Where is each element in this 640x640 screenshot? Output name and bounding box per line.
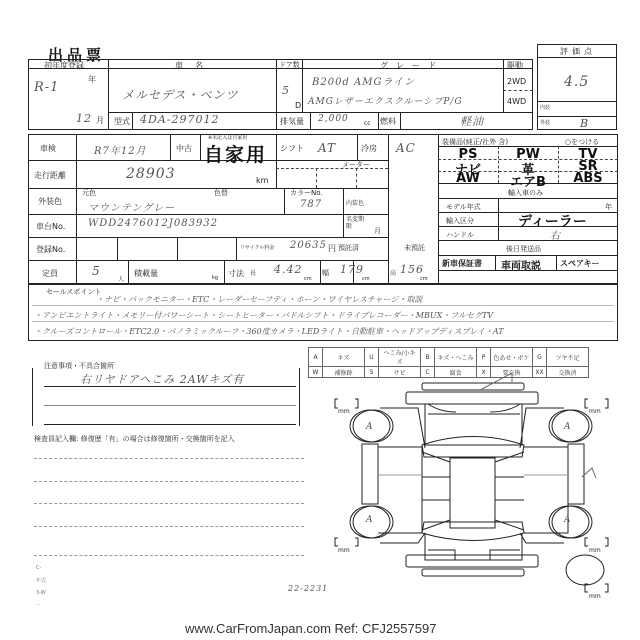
first-registration-era: R-1 xyxy=(34,80,59,95)
tire-unit-fr: mm xyxy=(589,408,601,415)
length-label: 長 xyxy=(250,268,256,277)
width-label: 幅 xyxy=(322,268,329,278)
recycle-unit: 円 xyxy=(328,243,336,254)
shift-value: AT xyxy=(318,141,336,155)
documents-label: 後日発送品 xyxy=(506,244,541,254)
bottom-code-2: 年式 xyxy=(36,577,46,584)
document-warranty: 新車保証書 xyxy=(442,258,482,269)
doors-value: 5 xyxy=(282,84,290,97)
grade-line2: AMGレザーエクスクルーシブP/G xyxy=(308,94,463,107)
interior-score-label: 内装 xyxy=(540,104,550,111)
sales-point-line-2: ・アンビエントライト・メモリー付パワーシート・シートヒーター・パドルシフト・ドラ… xyxy=(34,310,493,321)
capacity-unit: 人 xyxy=(118,274,124,283)
exterior-score-label: 外装 xyxy=(540,119,550,126)
length-value: 4.42 xyxy=(274,263,303,276)
name-change-label: 名変期限 xyxy=(346,216,366,230)
grade-line1: B200d AMGライン xyxy=(312,73,415,88)
displacement-label: 排気量 xyxy=(280,116,304,127)
color-value: マウンテングレー xyxy=(88,199,175,214)
car-name-label: 車名 xyxy=(175,60,215,71)
recycle-value: 20635 xyxy=(290,240,327,251)
bottom-code-1: C- xyxy=(36,565,41,571)
height-unit: cm xyxy=(420,276,428,282)
color-label: 外装色 xyxy=(38,196,62,207)
color-code-value: 787 xyxy=(300,199,322,210)
fuel-label: 燃料 xyxy=(380,116,396,127)
tire-unit-rl: mm xyxy=(338,547,350,554)
document-spare-key: スペアキー xyxy=(560,258,600,269)
first-registration-label: 初年度登録 xyxy=(44,60,84,71)
recycle-label: リサイクル料金 xyxy=(240,244,274,251)
drive-2wd: 2WD xyxy=(507,77,526,86)
inspection-label: 車検 xyxy=(40,143,56,154)
score-value: 4.5 xyxy=(564,74,589,90)
grade-label: グレード xyxy=(380,60,444,71)
model-label: 型式 xyxy=(114,116,130,127)
doors-label: ドア数 xyxy=(279,60,300,70)
capacity-value: 5 xyxy=(92,264,101,278)
mileage-unit: km xyxy=(256,176,268,185)
height-label: 高 xyxy=(390,268,396,277)
sales-point-line-3: ・クルーズコントロール・ETC2.0・パノラミックルーフ・360度カメラ・LED… xyxy=(34,326,504,337)
length-unit: cm xyxy=(304,276,312,282)
load-unit: kg xyxy=(212,275,218,281)
import-type-label: 輸入区分 xyxy=(446,216,474,226)
handle-value: 右 xyxy=(550,227,561,242)
registration-label: 登録No. xyxy=(36,244,65,255)
bottom-code-3: 3-W xyxy=(36,590,46,596)
tire-unit-fl: mm xyxy=(338,408,350,415)
notes-line-1: 右リヤドアへこみ 2AWキズ有 xyxy=(80,371,244,387)
drive-4wd: 4WD xyxy=(507,97,526,106)
sales-point-line-1: ・ナビ・バックモニター・ETC・レーダーセーフティ・ホーン・ワイヤレスチャージ・… xyxy=(96,294,423,305)
bottom-code-4: ... xyxy=(36,601,41,607)
name-change-month: 月 xyxy=(374,226,381,236)
usage-value: 自家用 xyxy=(204,140,267,167)
model-value: 4DA-297012 xyxy=(140,113,219,126)
import-label: 輸入車のみ xyxy=(508,188,543,198)
mileage-value: 28903 xyxy=(126,166,176,182)
ac-label: 冷房 xyxy=(361,143,377,154)
fuel-value: 軽油 xyxy=(460,113,484,129)
ac-value: AC xyxy=(396,141,416,155)
model-year-suffix: 年 xyxy=(605,202,612,212)
dimensions-label: 寸法 xyxy=(228,268,244,279)
month-label: 月 xyxy=(96,115,104,126)
car-name-value: メルセデス・ベンツ xyxy=(122,86,239,103)
equipment-label: 装備品(純正/社外 含) xyxy=(442,137,508,147)
first-registration-month: 12 xyxy=(76,112,92,125)
car-damage-diagram xyxy=(300,370,640,605)
document-manual: 車両取説 xyxy=(501,257,541,272)
capacity-label: 定員 xyxy=(42,268,58,279)
watermark-ref: www.CarFromJapan.com Ref: CFJ2557597 xyxy=(185,621,436,636)
load-label: 積載量 xyxy=(134,268,158,279)
model-year-label: モデル年式 xyxy=(446,202,481,212)
chassis-label: 車台No. xyxy=(36,221,65,232)
tire-unit-rr: mm xyxy=(589,547,601,554)
interior-color-label: 内装色 xyxy=(346,198,364,207)
height-value: 156 xyxy=(400,263,424,276)
recycle-paid: 預託済 xyxy=(338,243,359,253)
equipment-note: ○をつける xyxy=(565,137,599,147)
damage-mark-fr-tire: A xyxy=(564,422,572,432)
sales-points-label: セールスポイント xyxy=(46,287,101,297)
damage-mark-fl-tire: A xyxy=(366,422,374,432)
damage-mark-rr-tire: A xyxy=(564,515,572,525)
original-color-label: 元色 xyxy=(82,188,96,198)
damage-mark-rl-tire: A xyxy=(366,515,374,525)
inspector-label: 検査員記入欄: 修復歴「有」の場合は修復箇所・交換箇所を記入 xyxy=(34,434,235,444)
meter-label: メーター xyxy=(342,160,370,170)
exterior-score-value: B xyxy=(580,117,589,130)
year-label: 年 xyxy=(88,74,96,85)
width-value: 179 xyxy=(340,263,364,276)
recycle-unpaid: 未預託 xyxy=(404,243,425,253)
shift-label: シフト xyxy=(280,143,304,154)
mileage-label: 走行距離 xyxy=(34,170,66,181)
drive-label: 駆動 xyxy=(507,60,523,71)
equipment-aw: AW xyxy=(438,171,498,186)
displacement-unit: cc xyxy=(364,120,371,127)
score-label: 評価点 xyxy=(560,46,596,57)
chassis-value: WDD2476012J083932 xyxy=(88,218,218,229)
doors-suffix: D xyxy=(295,101,301,110)
width-unit: cm xyxy=(362,276,370,282)
tire-unit-spare: mm xyxy=(589,593,601,600)
usage-small-label: 中古 xyxy=(176,143,192,154)
inspection-value: R7年12月 xyxy=(94,142,147,157)
equipment-abs: ABS xyxy=(558,171,618,186)
changed-color-label: 色替 xyxy=(214,188,228,198)
handle-label: ハンドル xyxy=(446,230,474,240)
color-code-label: カラーNo. xyxy=(290,188,323,198)
displacement-value: 2,000 xyxy=(318,114,349,124)
